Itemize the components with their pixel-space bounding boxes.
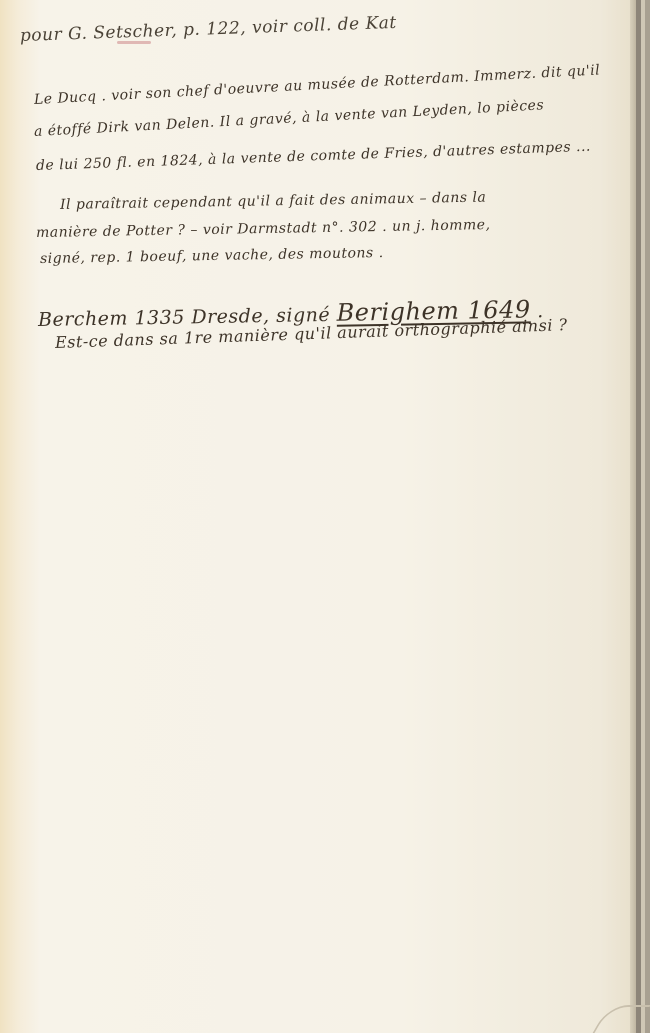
page-edge — [645, 0, 650, 1033]
